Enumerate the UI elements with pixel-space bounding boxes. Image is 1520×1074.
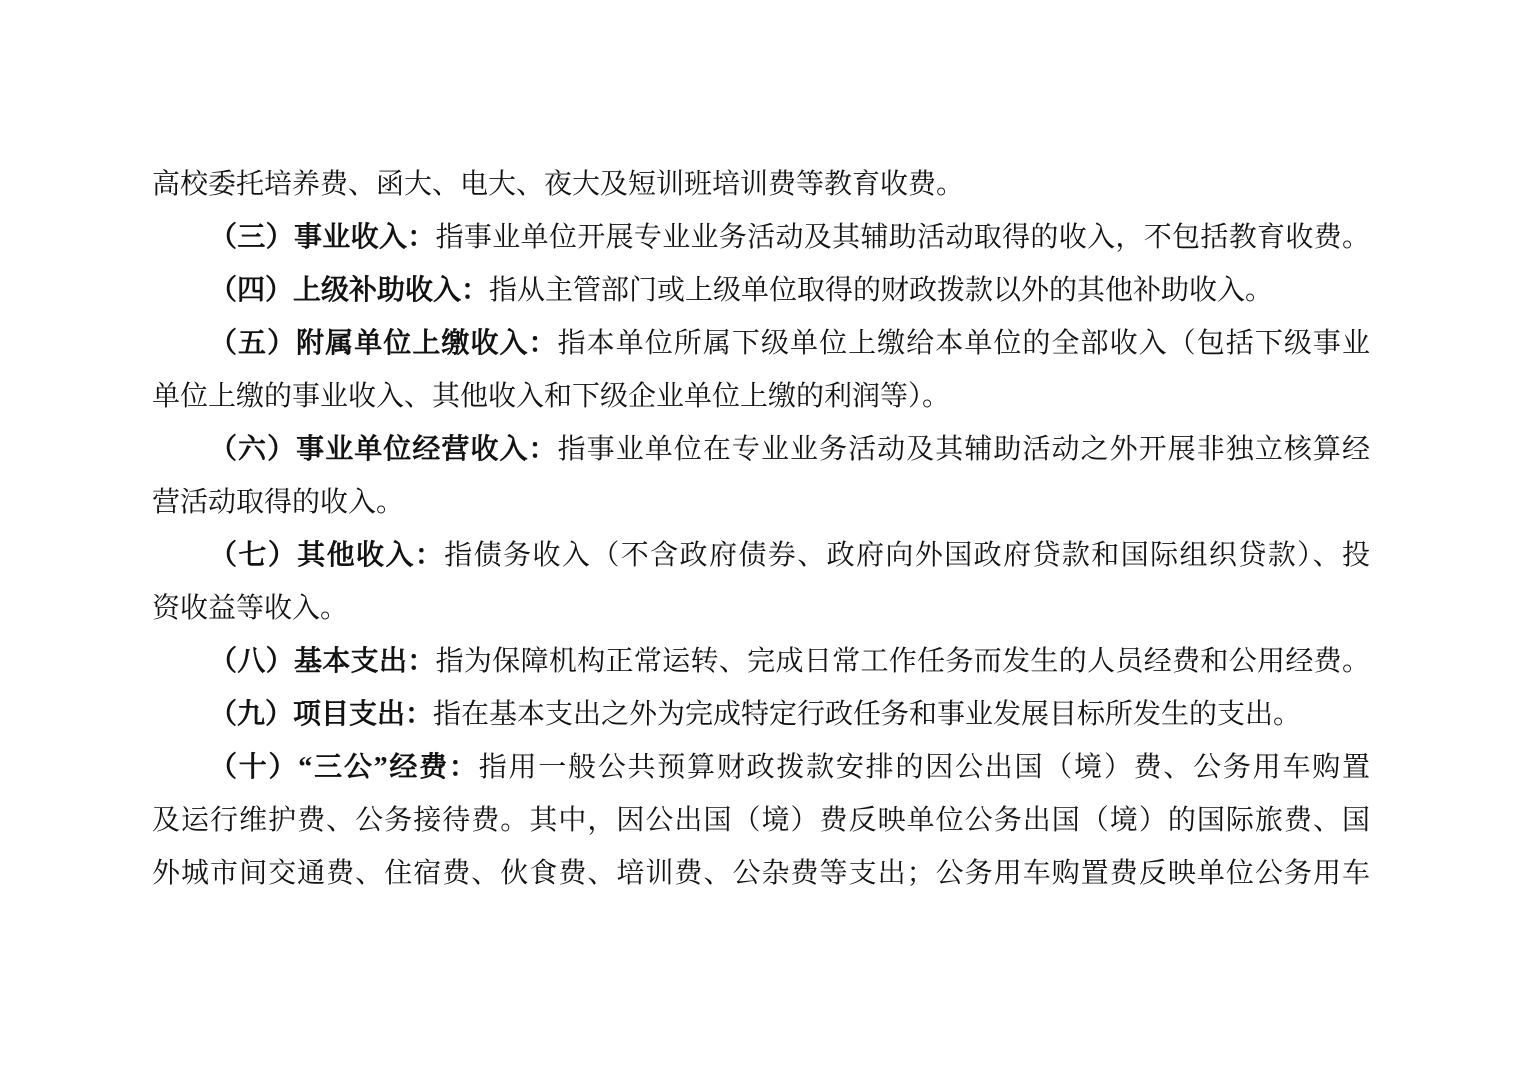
line-text: 指债务收入（不含政府债券、政府向外国政府贷款和国际组织贷款）、投: [444, 540, 1370, 571]
line-text: 指为保障机构正常运转、完成日常工作任务而发生的人员经费和公用经费。: [436, 646, 1370, 677]
term-label: （六）事业单位经营收入：: [209, 434, 558, 465]
term-label: （九）项目支出：: [209, 699, 433, 730]
text-line: 高校委托培养费、函大、电大、夜大及短训班培训费等教育收费。: [152, 158, 1370, 211]
text-line: 资收益等收入。: [152, 582, 1370, 635]
text-line: （三）事业收入：指事业单位开展专业业务活动及其辅助活动取得的收入，不包括教育收费…: [152, 211, 1370, 264]
text-line: （十）“三公”经费：指用一般公共预算财政拨款安排的因公出国（境）费、公务用车购置: [152, 741, 1370, 794]
line-text: 外城市间交通费、住宿费、伙食费、培训费、公杂费等支出；公务用车购置费反映单位公务…: [152, 858, 1370, 889]
text-line: 营活动取得的收入。: [152, 476, 1370, 529]
line-text: 营活动取得的收入。: [152, 487, 404, 518]
text-line: （四）上级补助收入：指从主管部门或上级单位取得的财政拨款以外的其他补助收入。: [152, 264, 1370, 317]
text-line: 外城市间交通费、住宿费、伙食费、培训费、公杂费等支出；公务用车购置费反映单位公务…: [152, 847, 1370, 900]
line-text: 指从主管部门或上级单位取得的财政拨款以外的其他补助收入。: [489, 275, 1273, 306]
line-text: 指用一般公共预算财政拨款安排的因公出国（境）费、公务用车购置: [479, 752, 1370, 783]
text-line: （八）基本支出：指为保障机构正常运转、完成日常工作任务而发生的人员经费和公用经费…: [152, 635, 1370, 688]
text-line: （九）项目支出：指在基本支出之外为完成特定行政任务和事业发展目标所发生的支出。: [152, 688, 1370, 741]
text-line: （七）其他收入：指债务收入（不含政府债券、政府向外国政府贷款和国际组织贷款）、投: [152, 529, 1370, 582]
text-line: 及运行维护费、公务接待费。其中，因公出国（境）费反映单位公务出国（境）的国际旅费…: [152, 794, 1370, 847]
line-text: 高校委托培养费、函大、电大、夜大及短训班培训费等教育收费。: [152, 169, 964, 200]
document-page: 高校委托培养费、函大、电大、夜大及短训班培训费等教育收费。（三）事业收入：指事业…: [152, 158, 1370, 900]
term-label: （三）事业收入：: [209, 222, 436, 253]
term-label: （七）其他收入：: [209, 540, 444, 571]
text-line: （六）事业单位经营收入：指事业单位在专业业务活动及其辅助活动之外开展非独立核算经: [152, 423, 1370, 476]
line-text: 单位上缴的事业收入、其他收入和下级企业单位上缴的利润等）。: [152, 381, 950, 412]
term-label: （五）附属单位上缴收入：: [209, 328, 558, 359]
text-line: 单位上缴的事业收入、其他收入和下级企业单位上缴的利润等）。: [152, 370, 1370, 423]
line-text: 指在基本支出之外为完成特定行政任务和事业发展目标所发生的支出。: [433, 699, 1301, 730]
line-text: 资收益等收入。: [152, 593, 348, 624]
line-text: 指本单位所属下级单位上缴给本单位的全部收入（包括下级事业: [558, 328, 1370, 359]
text-line: （五）附属单位上缴收入：指本单位所属下级单位上缴给本单位的全部收入（包括下级事业: [152, 317, 1370, 370]
term-label: （十）“三公”经费：: [209, 752, 479, 783]
text-block: 高校委托培养费、函大、电大、夜大及短训班培训费等教育收费。（三）事业收入：指事业…: [152, 158, 1370, 900]
term-label: （八）基本支出：: [209, 646, 436, 677]
line-text: 及运行维护费、公务接待费。其中，因公出国（境）费反映单位公务出国（境）的国际旅费…: [152, 805, 1370, 836]
term-label: （四）上级补助收入：: [209, 275, 489, 306]
line-text: 指事业单位开展专业业务活动及其辅助活动取得的收入，不包括教育收费。: [436, 222, 1370, 253]
line-text: 指事业单位在专业业务活动及其辅助活动之外开展非独立核算经: [558, 434, 1370, 465]
